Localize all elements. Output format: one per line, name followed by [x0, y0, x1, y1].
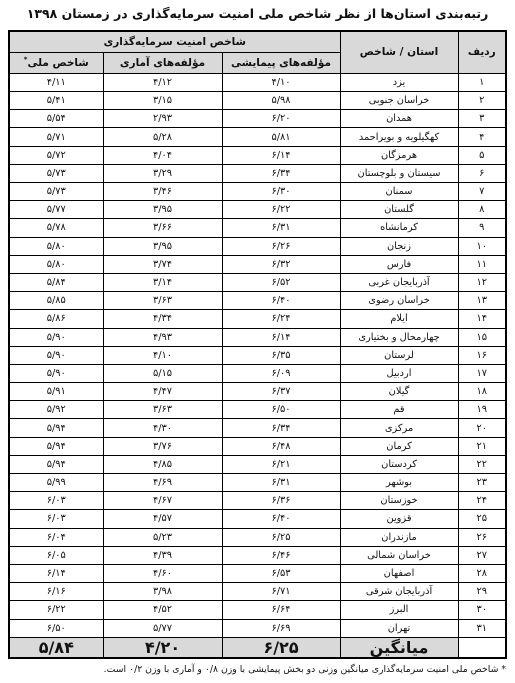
- survey-value-cell: ۶/۲۵: [222, 528, 340, 546]
- statistical-value-cell: ۳/۹۸: [103, 583, 222, 601]
- table-row: ۶سیستان و بلوچستان۶/۳۴۳/۲۹۵/۷۳: [9, 164, 506, 182]
- table-row: ۱یزد۴/۱۰۴/۱۲۴/۱۱: [9, 73, 506, 91]
- statistical-value-cell: ۳/۹۵: [103, 237, 222, 255]
- national-value-cell: ۶/۵۰: [9, 619, 103, 637]
- national-value-cell: ۵/۷۳: [9, 183, 103, 201]
- national-value-cell: ۵/۵۴: [9, 110, 103, 128]
- statistical-value-cell: ۳/۱۵: [103, 92, 222, 110]
- survey-value-cell: ۶/۳۱: [222, 219, 340, 237]
- national-value-cell: ۵/۸۰: [9, 255, 103, 273]
- province-cell: آذربایجان غربی: [340, 273, 458, 291]
- rank-cell: ۱۷: [458, 364, 506, 382]
- rank-cell: ۲۴: [458, 492, 506, 510]
- survey-value-cell: ۵/۹۸: [222, 92, 340, 110]
- table-row: ۳۱تهران۶/۶۹۵/۷۷۶/۵۰: [9, 619, 506, 637]
- national-value-cell: ۵/۹۱: [9, 383, 103, 401]
- province-cell: خراسان رضوی: [340, 292, 458, 310]
- statistical-value-cell: ۴/۶۷: [103, 492, 222, 510]
- survey-value-cell: ۶/۳۶: [222, 492, 340, 510]
- national-value-cell: ۵/۷۸: [9, 219, 103, 237]
- table-row: ۲۹آذربایجان شرقی۶/۷۱۳/۹۸۶/۱۶: [9, 583, 506, 601]
- rank-cell: ۱: [458, 73, 506, 91]
- rank-cell: ۲۷: [458, 546, 506, 564]
- province-cell: آذربایجان شرقی: [340, 583, 458, 601]
- statistical-value-cell: ۴/۴۷: [103, 383, 222, 401]
- national-value-cell: ۵/۸۵: [9, 292, 103, 310]
- survey-value-cell: ۶/۵۲: [222, 273, 340, 291]
- mean-statistical-cell: ۴/۲۰: [103, 637, 222, 658]
- survey-value-cell: ۶/۳۷: [222, 383, 340, 401]
- statistical-value-cell: ۴/۱۰: [103, 346, 222, 364]
- rank-cell: ۳۱: [458, 619, 506, 637]
- statistical-value-cell: ۳/۶۳: [103, 292, 222, 310]
- rank-cell: ۲۰: [458, 419, 506, 437]
- rank-cell: ۲۵: [458, 510, 506, 528]
- statistical-value-cell: ۴/۳۴: [103, 310, 222, 328]
- statistical-value-cell: ۴/۹۳: [103, 328, 222, 346]
- national-value-cell: ۵/۷۷: [9, 201, 103, 219]
- national-value-cell: ۵/۸۶: [9, 310, 103, 328]
- survey-value-cell: ۶/۶۹: [222, 619, 340, 637]
- statistical-value-cell: ۴/۶۰: [103, 564, 222, 582]
- province-cell: مازندران: [340, 528, 458, 546]
- table-body: ۱یزد۴/۱۰۴/۱۲۴/۱۱۲خراسان جنوبی۵/۹۸۳/۱۵۵/۴…: [9, 73, 506, 637]
- province-cell: کرمانشاه: [340, 219, 458, 237]
- table-row: ۱۸گیلان۶/۳۷۴/۴۷۵/۹۱: [9, 383, 506, 401]
- survey-value-cell: ۶/۳۴: [222, 419, 340, 437]
- column-header-province: استان / شاخص: [340, 31, 458, 74]
- statistical-value-cell: ۳/۹۵: [103, 201, 222, 219]
- province-cell: همدان: [340, 110, 458, 128]
- table-row: ۵هرمزگان۶/۱۴۴/۰۴۵/۷۲: [9, 146, 506, 164]
- table-row: ۲۲کردستان۶/۲۱۴/۸۵۵/۹۴: [9, 455, 506, 473]
- table-row: ۴کهگیلویه و بویراحمد۵/۸۱۵/۲۸۵/۷۱: [9, 128, 506, 146]
- province-cell: خوزستان: [340, 492, 458, 510]
- statistical-value-cell: ۳/۷۴: [103, 255, 222, 273]
- province-cell: سمنان: [340, 183, 458, 201]
- table-row: ۲۳بوشهر۶/۳۱۴/۶۹۵/۹۹: [9, 474, 506, 492]
- table-row: ۱۰زنجان۶/۲۶۳/۹۵۵/۸۰: [9, 237, 506, 255]
- rank-cell: ۲۱: [458, 437, 506, 455]
- mean-national-cell: ۵/۸۴: [9, 637, 103, 658]
- statistical-value-cell: ۵/۷۷: [103, 619, 222, 637]
- rank-cell: ۷: [458, 183, 506, 201]
- province-cell: یزد: [340, 73, 458, 91]
- table-row: ۲۷خراسان شمالی۶/۴۶۴/۳۹۶/۰۵: [9, 546, 506, 564]
- survey-value-cell: ۶/۲۱: [222, 455, 340, 473]
- national-value-cell: ۶/۰۳: [9, 492, 103, 510]
- survey-value-cell: ۶/۴۶: [222, 546, 340, 564]
- table-row: ۳همدان۶/۲۰۲/۹۳۵/۵۴: [9, 110, 506, 128]
- survey-value-cell: ۶/۱۴: [222, 328, 340, 346]
- province-cell: البرز: [340, 601, 458, 619]
- survey-value-cell: ۶/۲۰: [222, 110, 340, 128]
- table-row: ۷سمنان۶/۳۰۳/۴۶۵/۷۳: [9, 183, 506, 201]
- statistical-value-cell: ۳/۴۶: [103, 183, 222, 201]
- rank-cell: ۶: [458, 164, 506, 182]
- rank-cell: ۱۶: [458, 346, 506, 364]
- province-cell: هرمزگان: [340, 146, 458, 164]
- statistical-value-cell: ۵/۱۵: [103, 364, 222, 382]
- table-row: ۱۹قم۶/۵۰۳/۶۳۵/۹۲: [9, 401, 506, 419]
- statistical-value-cell: ۴/۶۹: [103, 474, 222, 492]
- national-value-cell: ۶/۱۶: [9, 583, 103, 601]
- rank-cell: ۱۲: [458, 273, 506, 291]
- province-cell: لرستان: [340, 346, 458, 364]
- survey-value-cell: ۶/۲۶: [222, 237, 340, 255]
- province-cell: اصفهان: [340, 564, 458, 582]
- national-value-cell: ۵/۹۰: [9, 328, 103, 346]
- rank-cell: ۸: [458, 201, 506, 219]
- province-cell: تهران: [340, 619, 458, 637]
- table-row: ۹کرمانشاه۶/۳۱۳/۶۶۵/۷۸: [9, 219, 506, 237]
- national-value-cell: ۶/۲۲: [9, 601, 103, 619]
- survey-value-cell: ۶/۳۱: [222, 474, 340, 492]
- province-cell: سیستان و بلوچستان: [340, 164, 458, 182]
- survey-value-cell: ۶/۵۳: [222, 564, 340, 582]
- statistical-value-cell: ۵/۲۳: [103, 528, 222, 546]
- national-value-cell: ۶/۰۳: [9, 510, 103, 528]
- ranking-table: ردیف استان / شاخص شاخص امنیت سرمایه‌گذار…: [8, 30, 507, 659]
- table-footer: میانگین ۶/۲۵ ۴/۲۰ ۵/۸۴: [9, 637, 506, 658]
- rank-cell: ۱۹: [458, 401, 506, 419]
- table-row: ۳۰البرز۶/۶۴۴/۵۲۶/۲۲: [9, 601, 506, 619]
- column-header-survey-components: مؤلفه‌های پیمایشی: [222, 52, 340, 73]
- statistical-value-cell: ۲/۹۳: [103, 110, 222, 128]
- survey-value-cell: ۶/۵۰: [222, 401, 340, 419]
- statistical-value-cell: ۵/۲۸: [103, 128, 222, 146]
- statistical-value-cell: ۴/۵۷: [103, 510, 222, 528]
- survey-value-cell: ۶/۱۴: [222, 146, 340, 164]
- province-cell: قم: [340, 401, 458, 419]
- survey-value-cell: ۶/۴۸: [222, 437, 340, 455]
- survey-value-cell: ۶/۰۹: [222, 364, 340, 382]
- statistical-value-cell: ۳/۲۹: [103, 164, 222, 182]
- table-row: ۲۰مرکزی۶/۳۴۴/۳۰۵/۹۴: [9, 419, 506, 437]
- national-value-cell: ۵/۷۱: [9, 128, 103, 146]
- survey-value-cell: ۶/۳۴: [222, 164, 340, 182]
- survey-value-cell: ۶/۳۲: [222, 255, 340, 273]
- national-value-cell: ۴/۱۱: [9, 73, 103, 91]
- mean-rank-cell-empty: [458, 637, 506, 658]
- table-row: ۱۱فارس۶/۳۲۳/۷۴۵/۸۰: [9, 255, 506, 273]
- header-row-group: ردیف استان / شاخص شاخص امنیت سرمایه‌گذار…: [9, 31, 506, 53]
- mean-row: میانگین ۶/۲۵ ۴/۲۰ ۵/۸۴: [9, 637, 506, 658]
- column-header-statistical-components: مؤلفه‌های آماری: [103, 52, 222, 73]
- province-cell: مرکزی: [340, 419, 458, 437]
- table-row: ۱۷اردبیل۶/۰۹۵/۱۵۵/۹۰: [9, 364, 506, 382]
- page-title: رتبه‌بندی استان‌ها از نظر شاخص ملی امنیت…: [0, 6, 515, 23]
- table-row: ۱۶لرستان۶/۳۵۴/۱۰۵/۹۰: [9, 346, 506, 364]
- rank-cell: ۱۸: [458, 383, 506, 401]
- survey-value-cell: ۶/۳۵: [222, 346, 340, 364]
- table-footnote: * شاخص ملی امنیت سرمایه‌گذاری میانگین وز…: [9, 664, 506, 676]
- province-cell: کهگیلویه و بویراحمد: [340, 128, 458, 146]
- province-cell: گلستان: [340, 201, 458, 219]
- statistical-value-cell: ۳/۶۶: [103, 219, 222, 237]
- mean-label-cell: میانگین: [340, 637, 458, 658]
- national-value-cell: ۵/۹۲: [9, 401, 103, 419]
- province-cell: چهارمحال و بختیاری: [340, 328, 458, 346]
- rank-cell: ۲۹: [458, 583, 506, 601]
- statistical-value-cell: ۴/۳۹: [103, 546, 222, 564]
- table-row: ۸گلستان۶/۲۲۳/۹۵۵/۷۷: [9, 201, 506, 219]
- rank-cell: ۳: [458, 110, 506, 128]
- survey-value-cell: ۶/۷۱: [222, 583, 340, 601]
- province-cell: گیلان: [340, 383, 458, 401]
- province-cell: کرمان: [340, 437, 458, 455]
- table-row: ۲خراسان جنوبی۵/۹۸۳/۱۵۵/۴۱: [9, 92, 506, 110]
- statistical-value-cell: ۳/۶۳: [103, 401, 222, 419]
- statistical-value-cell: ۴/۰۴: [103, 146, 222, 164]
- statistical-value-cell: ۴/۳۰: [103, 419, 222, 437]
- rank-cell: ۱۳: [458, 292, 506, 310]
- statistical-value-cell: ۴/۸۵: [103, 455, 222, 473]
- statistical-value-cell: ۴/۱۲: [103, 73, 222, 91]
- table-row: ۲۸اصفهان۶/۵۳۴/۶۰۶/۱۴: [9, 564, 506, 582]
- rank-cell: ۳۰: [458, 601, 506, 619]
- column-group-header-investment-security-index: شاخص امنیت سرمایه‌گذاری: [9, 31, 340, 53]
- province-cell: خراسان شمالی: [340, 546, 458, 564]
- national-value-cell: ۵/۹۴: [9, 419, 103, 437]
- table-row: ۲۶مازندران۶/۲۵۵/۲۳۶/۰۴: [9, 528, 506, 546]
- national-value-cell: ۶/۰۵: [9, 546, 103, 564]
- national-value-cell: ۶/۰۴: [9, 528, 103, 546]
- survey-value-cell: ۶/۶۴: [222, 601, 340, 619]
- national-value-cell: ۵/۸۴: [9, 273, 103, 291]
- province-cell: بوشهر: [340, 474, 458, 492]
- column-header-rank: ردیف: [458, 31, 506, 74]
- rank-cell: ۴: [458, 128, 506, 146]
- rank-cell: ۵: [458, 146, 506, 164]
- province-cell: کردستان: [340, 455, 458, 473]
- province-cell: خراسان جنوبی: [340, 92, 458, 110]
- national-index-label: شاخص ملی: [27, 57, 88, 69]
- survey-value-cell: ۴/۱۰: [222, 73, 340, 91]
- province-cell: قزوین: [340, 510, 458, 528]
- national-value-cell: ۵/۷۳: [9, 164, 103, 182]
- rank-cell: ۱۰: [458, 237, 506, 255]
- national-value-cell: ۵/۹۴: [9, 437, 103, 455]
- table-row: ۱۵چهارمحال و بختیاری۶/۱۴۴/۹۳۵/۹۰: [9, 328, 506, 346]
- table-row: ۱۲آذربایجان غربی۶/۵۲۳/۱۴۵/۸۴: [9, 273, 506, 291]
- mean-survey-cell: ۶/۲۵: [222, 637, 340, 658]
- survey-value-cell: ۵/۸۱: [222, 128, 340, 146]
- rank-cell: ۲۸: [458, 564, 506, 582]
- rank-cell: ۱۴: [458, 310, 506, 328]
- rank-cell: ۱۵: [458, 328, 506, 346]
- national-value-cell: ۵/۴۱: [9, 92, 103, 110]
- rank-cell: ۲: [458, 92, 506, 110]
- province-cell: زنجان: [340, 237, 458, 255]
- national-value-cell: ۵/۹۰: [9, 364, 103, 382]
- document-page: رتبه‌بندی استان‌ها از نظر شاخص ملی امنیت…: [0, 0, 515, 683]
- statistical-value-cell: ۳/۱۴: [103, 273, 222, 291]
- national-value-cell: ۵/۹۹: [9, 474, 103, 492]
- table-header: ردیف استان / شاخص شاخص امنیت سرمایه‌گذار…: [9, 31, 506, 74]
- province-cell: اردبیل: [340, 364, 458, 382]
- rank-cell: ۲۲: [458, 455, 506, 473]
- province-cell: ایلام: [340, 310, 458, 328]
- column-header-national-index: شاخص ملی*: [9, 52, 103, 73]
- table-row: ۲۱کرمان۶/۴۸۳/۷۶۵/۹۴: [9, 437, 506, 455]
- statistical-value-cell: ۳/۷۶: [103, 437, 222, 455]
- national-value-cell: ۵/۹۰: [9, 346, 103, 364]
- table-row: ۲۵قزوین۶/۴۰۴/۵۷۶/۰۳: [9, 510, 506, 528]
- survey-value-cell: ۶/۴۰: [222, 292, 340, 310]
- rank-cell: ۹: [458, 219, 506, 237]
- national-value-cell: ۵/۷۲: [9, 146, 103, 164]
- province-cell: فارس: [340, 255, 458, 273]
- table-row: ۱۳خراسان رضوی۶/۴۰۳/۶۳۵/۸۵: [9, 292, 506, 310]
- national-value-cell: ۵/۸۰: [9, 237, 103, 255]
- rank-cell: ۲۶: [458, 528, 506, 546]
- national-value-cell: ۵/۹۴: [9, 455, 103, 473]
- table-row: ۱۴ایلام۶/۲۴۴/۳۴۵/۸۶: [9, 310, 506, 328]
- survey-value-cell: ۶/۲۴: [222, 310, 340, 328]
- national-value-cell: ۶/۱۴: [9, 564, 103, 582]
- rank-cell: ۲۳: [458, 474, 506, 492]
- survey-value-cell: ۶/۳۰: [222, 183, 340, 201]
- survey-value-cell: ۶/۲۲: [222, 201, 340, 219]
- rank-cell: ۱۱: [458, 255, 506, 273]
- survey-value-cell: ۶/۴۰: [222, 510, 340, 528]
- table-row: ۲۴خوزستان۶/۳۶۴/۶۷۶/۰۳: [9, 492, 506, 510]
- statistical-value-cell: ۴/۵۲: [103, 601, 222, 619]
